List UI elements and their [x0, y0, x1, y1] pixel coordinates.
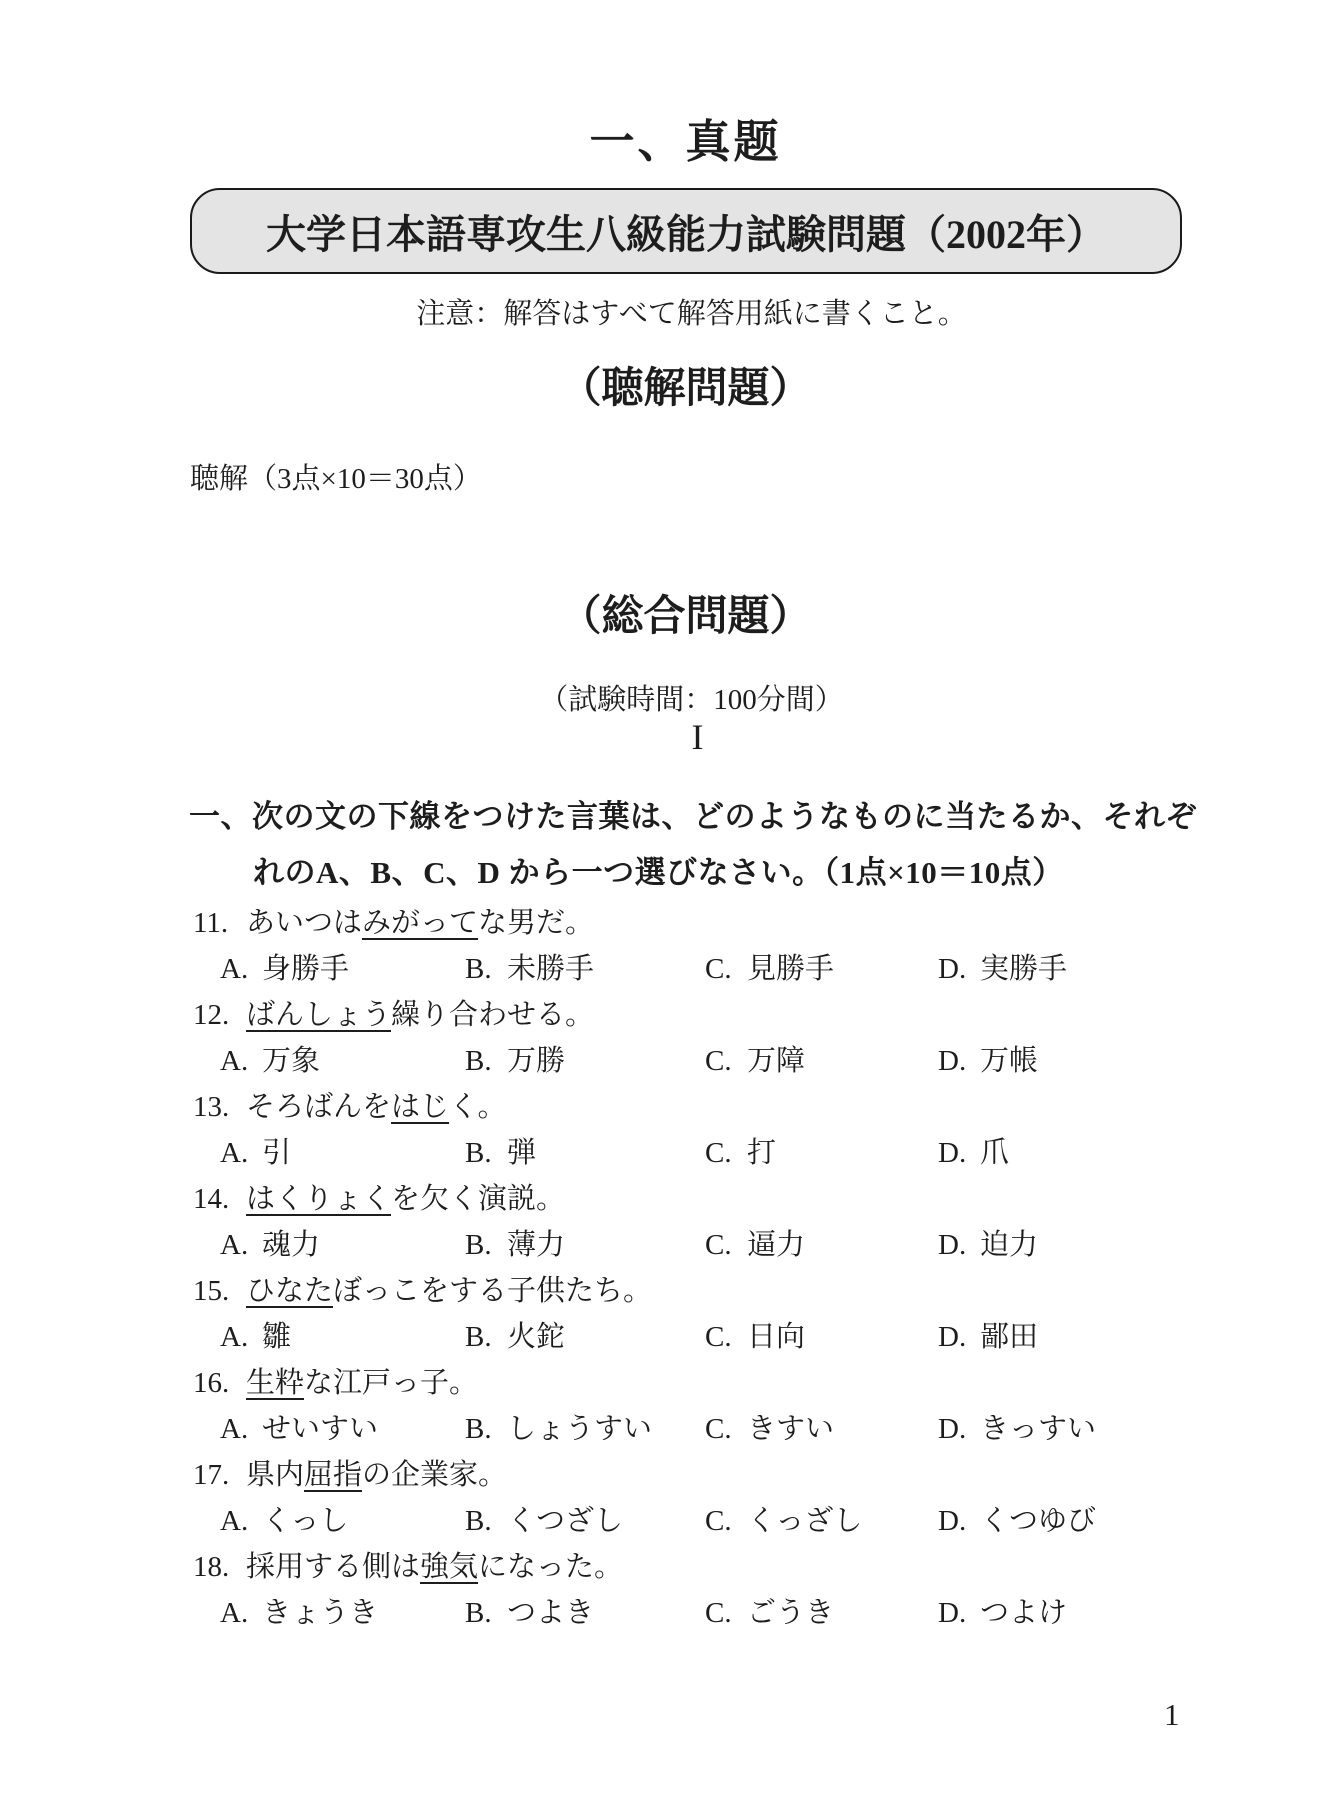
option-d-label: D. [938, 1038, 980, 1084]
question-options: A.身勝手 B.未勝手 C.見勝手 D.実勝手 [190, 946, 1200, 992]
option-d: D.万帳 [938, 1038, 1038, 1084]
option-c-text: 逼力 [747, 1229, 805, 1261]
stem-pre: 県内 [246, 1459, 304, 1491]
option-a-text: くっし [262, 1505, 348, 1537]
question-number: 18. [193, 1544, 246, 1590]
question-options: A.引 B.弾 C.打 D.爪 [190, 1130, 1200, 1176]
option-b-text: 弾 [507, 1137, 536, 1169]
question: 16. 生粋な江戸っ子。 A.せいすい B.しょうすい C.きすい D.きっすい [190, 1360, 1200, 1452]
listening-points-line: 聴解（3点×10＝30点） [190, 456, 482, 497]
question-stem: 17. 県内屈指の企業家。 [190, 1452, 1200, 1498]
stem-underlined: ひなた [246, 1275, 333, 1307]
option-d: D.爪 [938, 1130, 1009, 1176]
option-c-text: くっざし [747, 1505, 862, 1537]
option-d: D.迫力 [938, 1222, 1038, 1268]
option-b-label: B. [465, 946, 507, 992]
option-a-text: 魂力 [262, 1229, 320, 1261]
option-c-label: C. [705, 1130, 747, 1176]
stem-pre: あいつは [246, 907, 362, 939]
exam-page: { "page": { "title": "一、真题", "banner": "… [0, 0, 1339, 1812]
option-c-label: C. [705, 1498, 747, 1544]
question-text: あいつはみがってな男だ。 [246, 900, 594, 946]
question-options: A.きょうき B.つよき C.ごうき D.つよけ [190, 1590, 1200, 1636]
option-d-text: 万帳 [980, 1045, 1038, 1077]
option-d-text: 鄙田 [980, 1321, 1038, 1353]
option-c: C.見勝手 [705, 946, 834, 992]
stem-underlined: 屈指 [304, 1459, 362, 1491]
option-c-label: C. [705, 1038, 747, 1084]
question-options: A.魂力 B.薄力 C.逼力 D.迫力 [190, 1222, 1200, 1268]
option-d-text: 実勝手 [980, 953, 1067, 985]
stem-post: ぼっこをする子供たち。 [333, 1275, 652, 1307]
option-b-text: 万勝 [507, 1045, 565, 1077]
general-section-heading: （総合問題） [16, 583, 1339, 643]
option-a-label: A. [220, 1130, 262, 1176]
question: 17. 県内屈指の企業家。 A.くっし B.くつざし C.くっざし D.くつゆび [190, 1452, 1200, 1544]
option-b-text: 未勝手 [507, 953, 594, 985]
option-b-label: B. [465, 1590, 507, 1636]
question-stem: 13. そろばんをはじく。 [190, 1084, 1200, 1130]
option-b-label: B. [465, 1130, 507, 1176]
option-a-text: せいすい [262, 1413, 378, 1445]
exam-title-banner: 大学日本語専攻生八級能力試験問題（2002年） [190, 188, 1182, 274]
option-a-label: A. [220, 1590, 262, 1636]
question: 14. はくりょくを欠く演説。 A.魂力 B.薄力 C.逼力 D.迫力 [190, 1176, 1200, 1268]
question: 15. ひなたぼっこをする子供たち。 A.雛 B.火鉈 C.日向 D.鄙田 [190, 1268, 1200, 1360]
option-b: B.弾 [465, 1130, 536, 1176]
question-stem: 12. ばんしょう繰り合わせる。 [190, 992, 1200, 1038]
question-number: 13. [193, 1084, 246, 1130]
page-title: 一、真题 [16, 105, 1339, 170]
option-d: D.きっすい [938, 1406, 1096, 1452]
option-a-text: きょうき [262, 1597, 378, 1629]
option-a: A.身勝手 [220, 946, 349, 992]
option-a: A.きょうき [220, 1590, 378, 1636]
option-d-label: D. [938, 1498, 980, 1544]
question-text: はくりょくを欠く演説。 [246, 1176, 565, 1222]
option-a-text: 雛 [262, 1321, 291, 1353]
option-a-text: 万象 [262, 1045, 320, 1077]
option-a-label: A. [220, 1222, 262, 1268]
option-a: A.引 [220, 1130, 291, 1176]
option-a-label: A. [220, 946, 262, 992]
question-text: 県内屈指の企業家。 [246, 1452, 507, 1498]
option-c-text: ごうき [747, 1597, 834, 1629]
option-b-label: B. [465, 1406, 507, 1452]
option-d-label: D. [938, 1222, 980, 1268]
option-b: B.くつざし [465, 1498, 623, 1544]
question: 12. ばんしょう繰り合わせる。 A.万象 B.万勝 C.万障 D.万帳 [190, 992, 1200, 1084]
stem-post: の企業家。 [362, 1459, 507, 1491]
stem-post: な江戸っ子。 [304, 1367, 478, 1399]
option-c: C.きすい [705, 1406, 834, 1452]
option-d-text: きっすい [980, 1413, 1096, 1445]
question: 13. そろばんをはじく。 A.引 B.弾 C.打 D.爪 [190, 1084, 1200, 1176]
option-d-text: 迫力 [980, 1229, 1038, 1261]
instruction-line-1: 一、次の文の下線をつけた言葉は、どのようなものに当たるか、それぞ [189, 789, 1209, 845]
option-d-label: D. [938, 1314, 980, 1360]
option-d-text: つよけ [980, 1597, 1067, 1629]
option-a: A.せいすい [220, 1406, 378, 1452]
question-stem: 14. はくりょくを欠く演説。 [190, 1176, 1200, 1222]
question-number: 15. [193, 1268, 246, 1314]
option-a: A.魂力 [220, 1222, 320, 1268]
option-b: B.つよき [465, 1590, 594, 1636]
option-a-label: A. [220, 1406, 262, 1452]
question-number: 12. [193, 992, 246, 1038]
option-b-text: しょうすい [507, 1413, 652, 1445]
stem-post: を欠く演説。 [391, 1183, 565, 1215]
question-stem: 18. 採用する側は強気になった。 [190, 1544, 1200, 1590]
stem-post: になった。 [478, 1551, 623, 1583]
stem-pre: 採用する側は [246, 1551, 420, 1583]
stem-post: な男だ。 [478, 907, 594, 939]
question-number: 11. [193, 900, 246, 946]
option-c-label: C. [705, 1590, 747, 1636]
exam-title-text: 大学日本語専攻生八級能力試験問題（2002年） [266, 203, 1106, 260]
stem-underlined: 生粋 [246, 1367, 304, 1399]
option-b-text: くつざし [507, 1505, 623, 1537]
option-a: A.くっし [220, 1498, 348, 1544]
option-a-text: 引 [262, 1137, 291, 1169]
option-c-text: 万障 [747, 1045, 805, 1077]
option-c: C.ごうき [705, 1590, 834, 1636]
option-c-text: きすい [747, 1413, 834, 1445]
option-d: D.鄙田 [938, 1314, 1038, 1360]
listening-section-heading: （聴解問題） [16, 355, 1339, 415]
option-d: D.つよけ [938, 1590, 1067, 1636]
question-stem: 15. ひなたぼっこをする子供たち。 [190, 1268, 1200, 1314]
question-options: A.せいすい B.しょうすい C.きすい D.きっすい [190, 1406, 1200, 1452]
option-d: D.実勝手 [938, 946, 1067, 992]
question-number: 14. [193, 1176, 246, 1222]
question-list: 11. あいつはみがってな男だ。 A.身勝手 B.未勝手 C.見勝手 D.実勝手… [190, 900, 1200, 1636]
page-number: 1 [1164, 1697, 1180, 1733]
option-c-label: C. [705, 1222, 747, 1268]
question-number: 16. [193, 1360, 246, 1406]
option-b-text: 薄力 [507, 1229, 565, 1261]
option-c: C.逼力 [705, 1222, 805, 1268]
option-a-label: A. [220, 1498, 262, 1544]
question-text: そろばんをはじく。 [246, 1084, 506, 1130]
option-b: B.火鉈 [465, 1314, 565, 1360]
question-options: A.万象 B.万勝 C.万障 D.万帳 [190, 1038, 1200, 1084]
option-a: A.雛 [220, 1314, 291, 1360]
part-label: I [28, 716, 1339, 758]
stem-underlined: 強気 [420, 1551, 478, 1583]
option-c-label: C. [705, 1406, 747, 1452]
question-options: A.くっし B.くつざし C.くっざし D.くつゆび [190, 1498, 1200, 1544]
option-b-text: つよき [507, 1597, 594, 1629]
stem-post: く。 [449, 1091, 506, 1123]
exam-time-line: （試験時間：100分間） [22, 677, 1339, 718]
stem-underlined: はくりょく [246, 1183, 391, 1215]
option-d: D.くつゆび [938, 1498, 1096, 1544]
option-b: B.未勝手 [465, 946, 594, 992]
option-a-label: A. [220, 1314, 262, 1360]
stem-underlined: はじ [391, 1091, 449, 1123]
option-b: B.薄力 [465, 1222, 565, 1268]
option-b-text: 火鉈 [507, 1321, 565, 1353]
notice-line: 注意：解答はすべて解答用紙に書くこと。 [22, 291, 1339, 332]
option-c: C.くっざし [705, 1498, 862, 1544]
option-b-label: B. [465, 1038, 507, 1084]
stem-underlined: ばんしょう [246, 999, 391, 1031]
question: 18. 採用する側は強気になった。 A.きょうき B.つよき C.ごうき D.つ… [190, 1544, 1200, 1636]
option-b-label: B. [465, 1222, 507, 1268]
option-c-label: C. [705, 946, 747, 992]
option-c-text: 日向 [747, 1321, 805, 1353]
option-b-label: B. [465, 1498, 507, 1544]
option-c-text: 見勝手 [747, 953, 834, 985]
option-a: A.万象 [220, 1038, 320, 1084]
option-c: C.万障 [705, 1038, 805, 1084]
stem-pre: そろばんを [246, 1091, 391, 1123]
question-text: ひなたぼっこをする子供たち。 [246, 1268, 652, 1314]
question-text: ばんしょう繰り合わせる。 [246, 992, 594, 1038]
option-c-text: 打 [747, 1137, 776, 1169]
option-a-label: A. [220, 1038, 262, 1084]
stem-post: 繰り合わせる。 [391, 999, 594, 1031]
question-number: 17. [193, 1452, 246, 1498]
option-d-text: 爪 [980, 1137, 1009, 1169]
section-instruction: 一、次の文の下線をつけた言葉は、どのようなものに当たるか、それぞ れのA、B、C… [189, 789, 1209, 901]
stem-underlined: みがって [362, 907, 478, 939]
option-c-label: C. [705, 1314, 747, 1360]
question-stem: 11. あいつはみがってな男だ。 [190, 900, 1200, 946]
question-options: A.雛 B.火鉈 C.日向 D.鄙田 [190, 1314, 1200, 1360]
option-d-label: D. [938, 1130, 980, 1176]
option-b-label: B. [465, 1314, 507, 1360]
option-b: B.しょうすい [465, 1406, 652, 1452]
question-stem: 16. 生粋な江戸っ子。 [190, 1360, 1200, 1406]
option-c: C.日向 [705, 1314, 805, 1360]
option-d-label: D. [938, 1406, 980, 1452]
question-text: 生粋な江戸っ子。 [246, 1360, 478, 1406]
option-a-text: 身勝手 [262, 953, 349, 985]
option-b: B.万勝 [465, 1038, 565, 1084]
question-text: 採用する側は強気になった。 [246, 1544, 623, 1590]
option-d-text: くつゆび [980, 1505, 1096, 1537]
option-c: C.打 [705, 1130, 776, 1176]
option-d-label: D. [938, 946, 980, 992]
question: 11. あいつはみがってな男だ。 A.身勝手 B.未勝手 C.見勝手 D.実勝手 [190, 900, 1200, 992]
option-d-label: D. [938, 1590, 980, 1636]
instruction-line-2: れのA、B、C、D から一つ選びなさい。（1点×10＝10点） [189, 845, 1209, 901]
